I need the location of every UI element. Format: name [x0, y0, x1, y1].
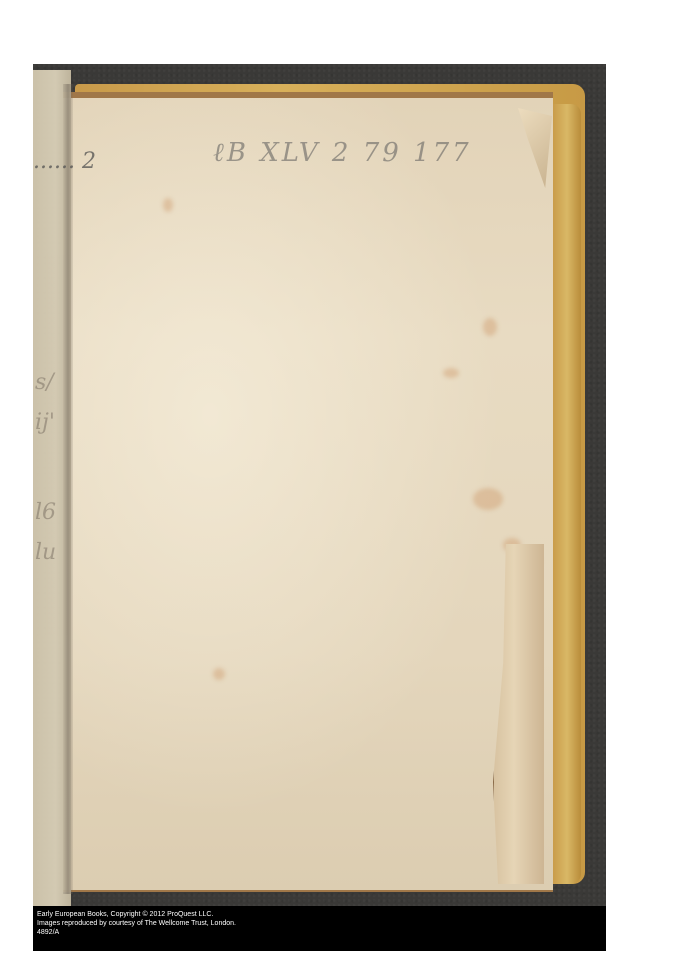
copyright-footer: Early European Books, Copyright © 2012 P…	[33, 906, 606, 951]
margin-note: ...... 2	[33, 149, 96, 174]
book-scan-image: ℓB XLV 2 79 177 s/ ij' l6 lu ...... 2	[33, 64, 606, 906]
gutter-shadow	[63, 84, 73, 894]
gilt-page-edge	[553, 104, 581, 884]
footer-reference-id: 4892/A	[37, 928, 602, 937]
footer-copyright-line: Early European Books, Copyright © 2012 P…	[37, 910, 602, 919]
blank-endpaper: ℓB XLV 2 79 177	[63, 92, 553, 892]
footer-courtesy-line: Images reproduced by courtesy of The Wel…	[37, 919, 602, 928]
pencil-shelfmark: ℓB XLV 2 79 177	[213, 138, 472, 168]
